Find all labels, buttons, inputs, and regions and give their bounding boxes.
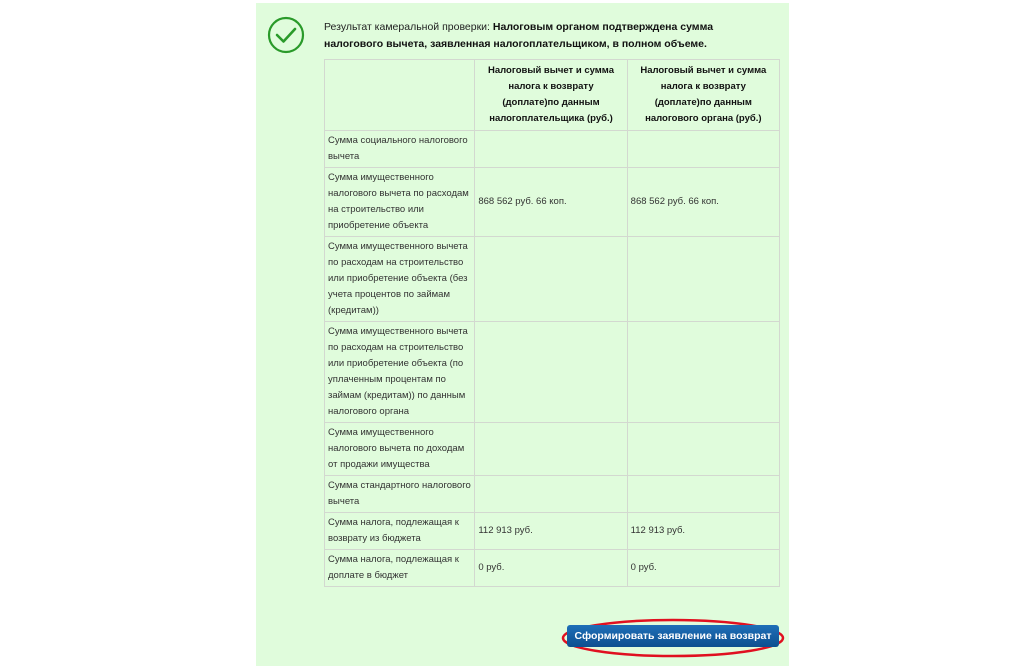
table-row: Сумма имущественного вычета по расходам … xyxy=(325,237,780,322)
table-row: Сумма налога, подлежащая к возврату из б… xyxy=(325,513,780,550)
row-label: Сумма налога, подлежащая к доплате в бюд… xyxy=(325,550,475,587)
authority-value: 868 562 руб. 66 коп. xyxy=(627,168,779,237)
header-authority-column: Налоговый вычет и сумма налога к возврат… xyxy=(627,60,779,131)
authority-value: 0 руб. xyxy=(627,550,779,587)
taxpayer-value xyxy=(475,423,627,476)
check-circle-icon xyxy=(267,16,305,54)
create-refund-application-button[interactable]: Сформировать заявление на возврат xyxy=(567,625,779,647)
authority-value: 112 913 руб. xyxy=(627,513,779,550)
table-row: Сумма социального налогового вычета xyxy=(325,131,780,168)
taxpayer-value xyxy=(475,131,627,168)
authority-value xyxy=(627,423,779,476)
result-panel: Результат камеральной проверки: Налоговы… xyxy=(256,3,789,666)
taxpayer-value: 112 913 руб. xyxy=(475,513,627,550)
row-label: Сумма стандартного налогового вычета xyxy=(325,476,475,513)
table-row: Сумма имущественного налогового вычета п… xyxy=(325,168,780,237)
row-label: Сумма социального налогового вычета xyxy=(325,131,475,168)
taxpayer-value xyxy=(475,322,627,423)
row-label: Сумма налога, подлежащая к возврату из б… xyxy=(325,513,475,550)
row-label: Сумма имущественного налогового вычета п… xyxy=(325,423,475,476)
authority-value xyxy=(627,131,779,168)
authority-value xyxy=(627,476,779,513)
header-label-column xyxy=(325,60,475,131)
taxpayer-value xyxy=(475,476,627,513)
authority-value xyxy=(627,237,779,322)
taxpayer-value: 0 руб. xyxy=(475,550,627,587)
deduction-table: Налоговый вычет и сумма налога к возврат… xyxy=(324,59,780,587)
check-result-message: Результат камеральной проверки: Налоговы… xyxy=(324,19,774,53)
taxpayer-value xyxy=(475,237,627,322)
table-row: Сумма имущественного налогового вычета п… xyxy=(325,423,780,476)
authority-value xyxy=(627,322,779,423)
header-taxpayer-column: Налоговый вычет и сумма налога к возврат… xyxy=(475,60,627,131)
result-label: Результат камеральной проверки: xyxy=(324,21,493,33)
table-row: Сумма стандартного налогового вычета xyxy=(325,476,780,513)
taxpayer-value: 868 562 руб. 66 коп. xyxy=(475,168,627,237)
row-label: Сумма имущественного вычета по расходам … xyxy=(325,322,475,423)
table-row: Сумма имущественного вычета по расходам … xyxy=(325,322,780,423)
table-header-row: Налоговый вычет и сумма налога к возврат… xyxy=(325,60,780,131)
row-label: Сумма имущественного налогового вычета п… xyxy=(325,168,475,237)
table-row: Сумма налога, подлежащая к доплате в бюд… xyxy=(325,550,780,587)
row-label: Сумма имущественного вычета по расходам … xyxy=(325,237,475,322)
